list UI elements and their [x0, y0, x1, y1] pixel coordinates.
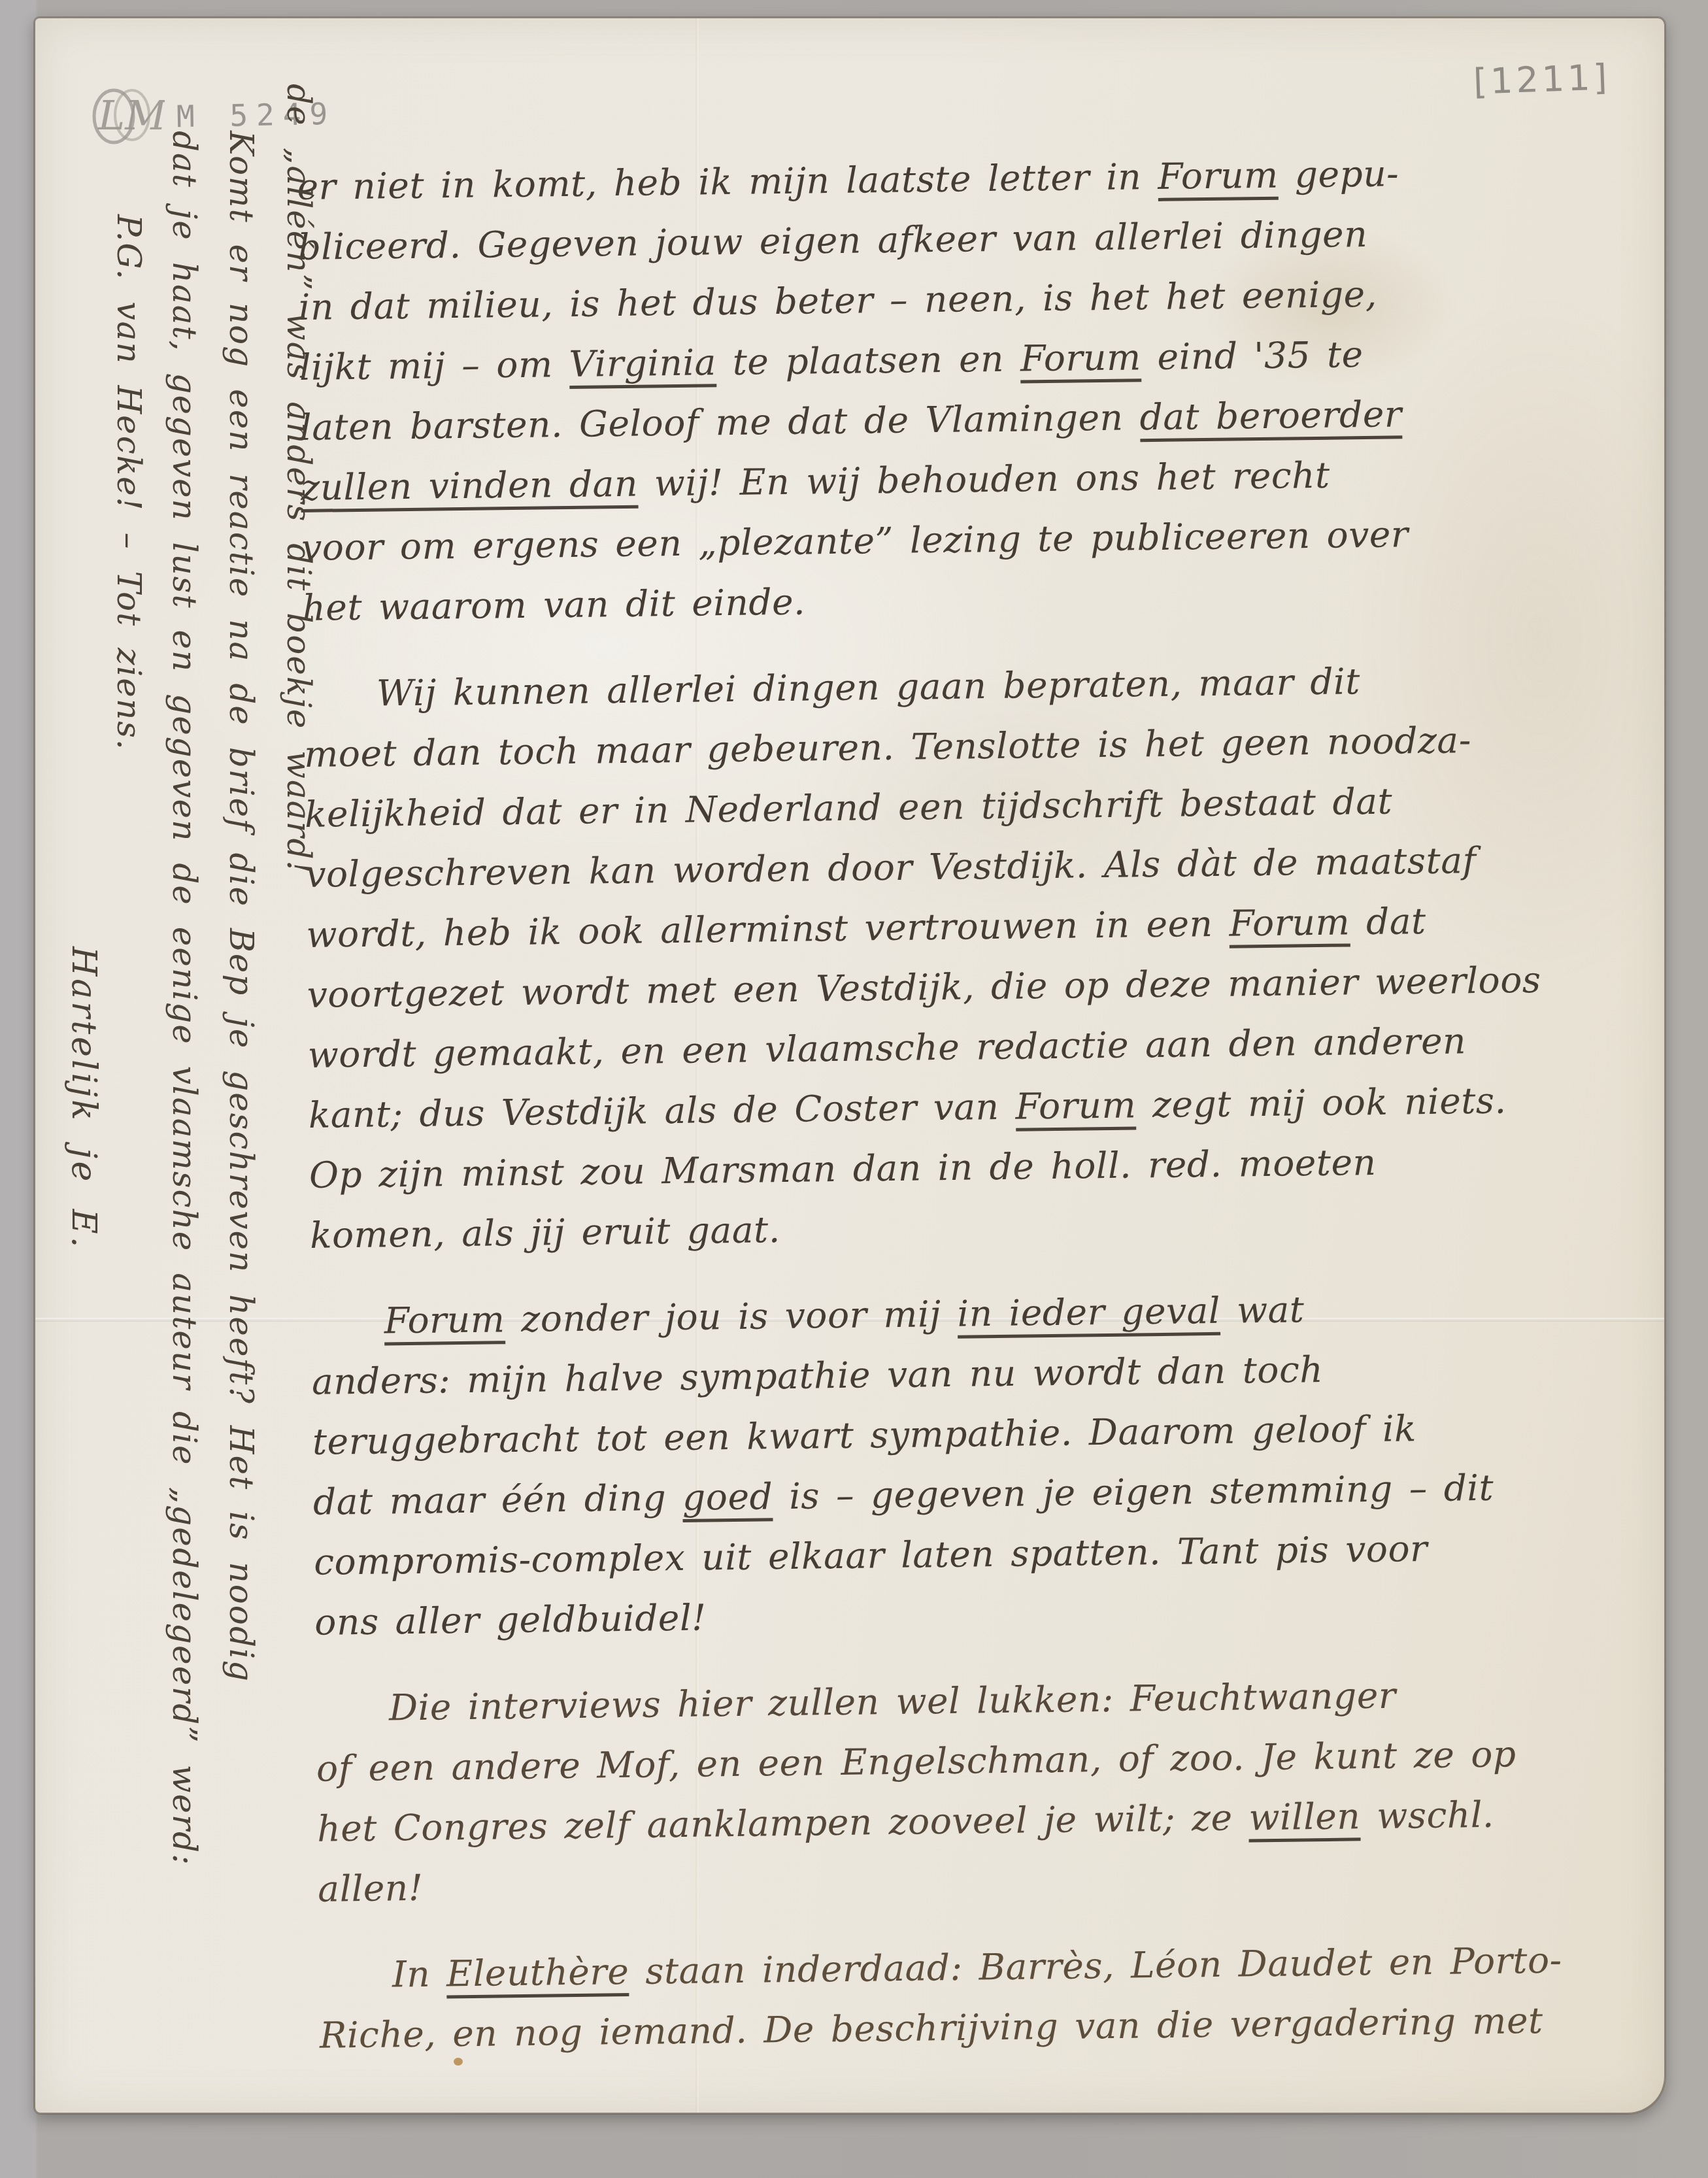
margin-line-1: de „alléén” was anders dit boekje waard!	[280, 84, 318, 875]
scanned-letter-page: LM M 5249 [1211] er niet in komt, heb ik…	[0, 0, 1708, 2178]
letter-paper: LM M 5249 [1211] er niet in komt, heb ik…	[34, 17, 1666, 2114]
margin-text: de „alléén” was anders dit boekje waard!…	[35, 18, 1664, 2113]
margin-line-2: Komt er nog een reactie na de brief die …	[222, 131, 260, 1683]
margin-line-3: dat je haat, gegeven lust en gegeven de …	[165, 131, 203, 1866]
margin-line-4: P.G. van Hecke! – Tot ziens.	[110, 214, 148, 751]
signature: Hartelijk je E.	[64, 947, 103, 1250]
